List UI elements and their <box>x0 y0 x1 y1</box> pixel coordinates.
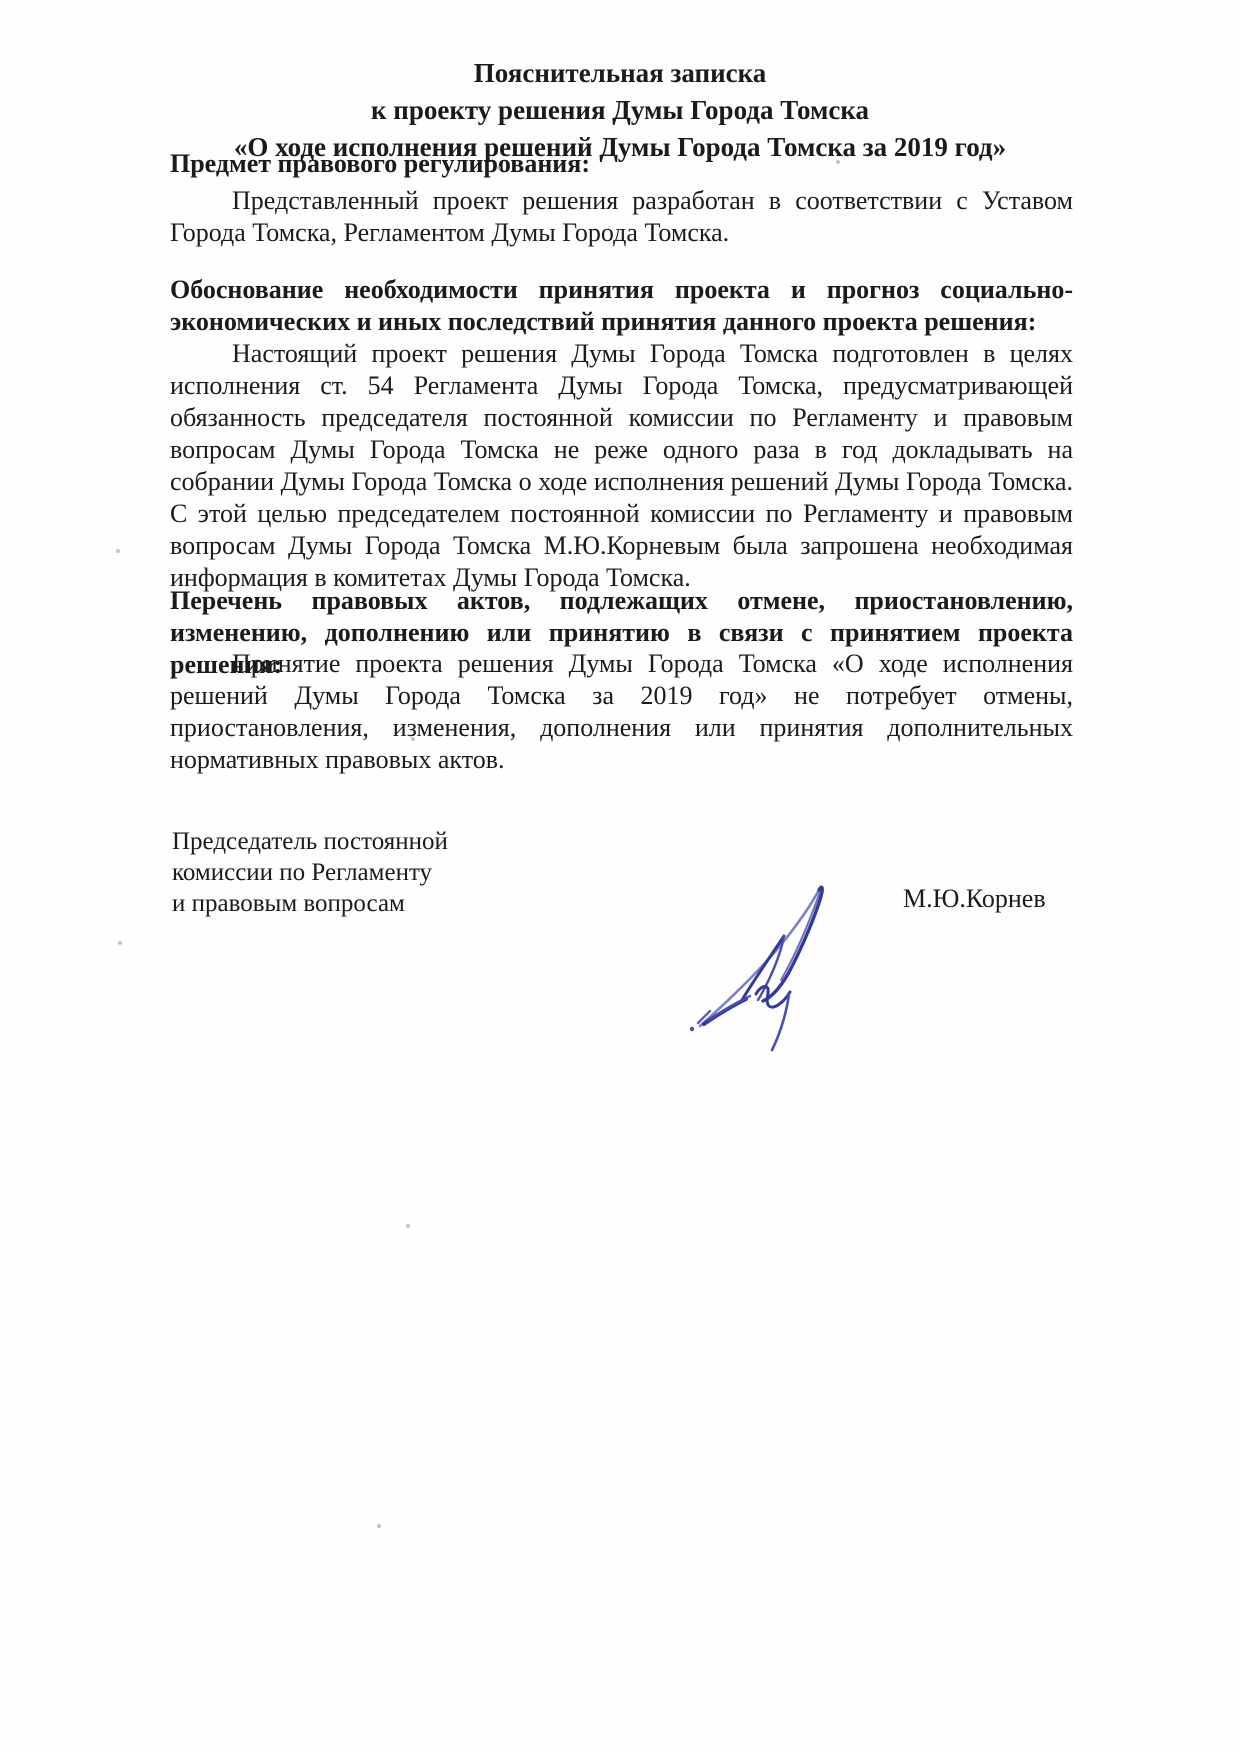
section-paragraph-justification: Настоящий проект решения Думы Города Том… <box>170 338 1073 594</box>
scan-speck <box>497 166 501 170</box>
scan-speck <box>118 941 122 945</box>
section-paragraph-acts-list: Принятие проекта решения Думы Города Том… <box>170 648 1073 776</box>
title-line-2: к проекту решения Думы Города Томска <box>0 92 1240 129</box>
scan-speck <box>836 160 840 164</box>
scan-speck <box>116 549 120 553</box>
signature-name: М.Ю.Корнев <box>903 884 1103 914</box>
signature-position-title: Председатель постоянной комиссии по Регл… <box>172 826 502 919</box>
signature-position-line-2: комиссии по Регламенту <box>172 857 502 888</box>
section-heading-justification: Обоснование необходимости принятия проек… <box>170 274 1073 338</box>
scan-speck <box>377 1524 381 1528</box>
signature-ink-icon <box>630 808 870 1058</box>
scan-speck <box>411 737 415 741</box>
scan-speck <box>406 1224 410 1228</box>
document-page: Пояснительная записка к проекту решения … <box>0 0 1240 1753</box>
section-paragraph-subject: Представленный проект решения разработан… <box>170 185 1073 249</box>
section-heading-subject: Предмет правового регулирования: <box>170 148 1073 180</box>
title-line-1: Пояснительная записка <box>0 55 1240 92</box>
signature-position-line-3: и правовым вопросам <box>172 888 502 919</box>
signature-position-line-1: Председатель постоянной <box>172 826 502 857</box>
